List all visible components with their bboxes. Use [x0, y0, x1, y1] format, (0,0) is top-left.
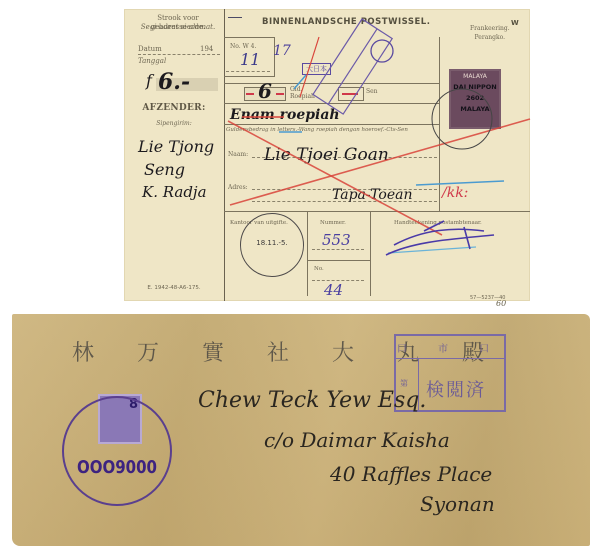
addressee-line-1: Chew Teck Yew Esq.: [198, 388, 426, 413]
postal-order-card: Strook voor geadresseerde. Segi boeat si…: [124, 9, 530, 301]
addressee-line-2: c/o Daimar Kaisha: [264, 428, 450, 452]
censor-box-main: 検閲済: [426, 376, 486, 402]
envelope-postmark: OOO9000: [62, 396, 172, 506]
censor-box-top: 口 市 口: [396, 340, 504, 355]
addressee-line-4: Syonan: [420, 492, 495, 516]
addressee-line-3: 40 Raffles Place: [330, 462, 492, 486]
ink-overlays: [124, 9, 530, 301]
envelope: 林 万 實 社 大 丸 殿 口 市 口 第 検閲済 8 OOO9000 Chew…: [12, 314, 590, 546]
postmark-text: OOO9000: [64, 456, 170, 478]
censor-box-rule: [396, 358, 504, 359]
